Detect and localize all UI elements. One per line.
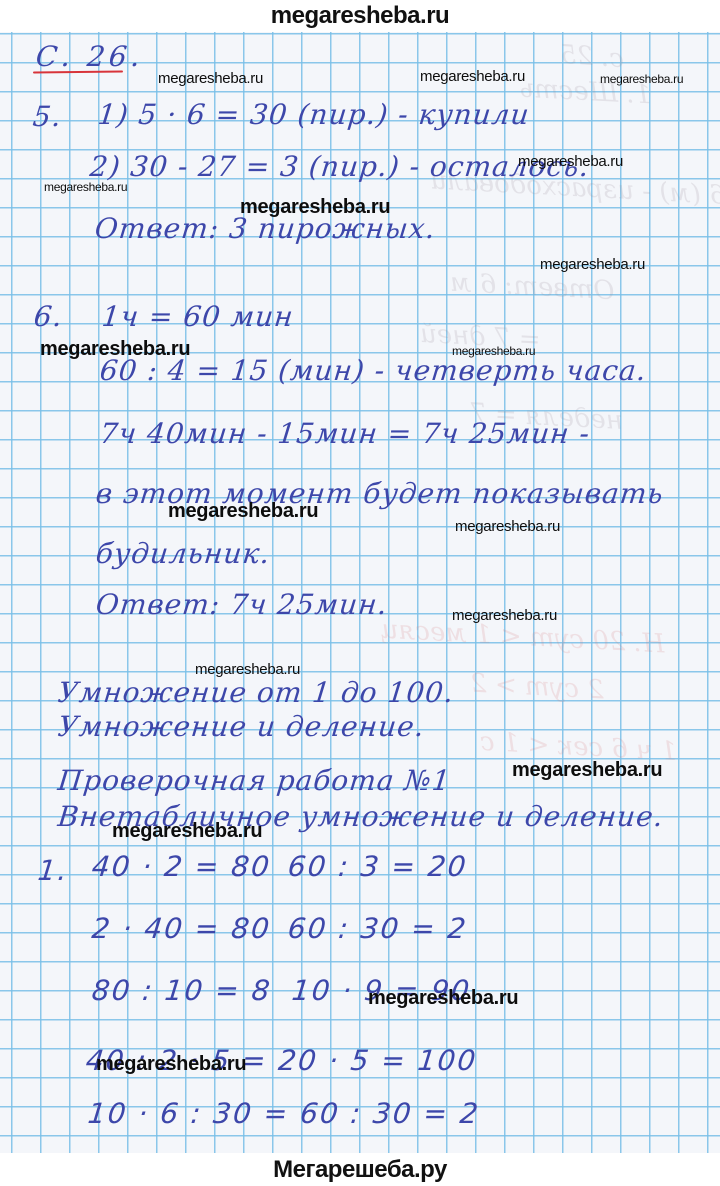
watermark: megaresheba.ru [540,256,645,273]
task1-row2-left: 2 · 40 = 80 [90,912,273,945]
test-title: Проверочная работа №1 [56,764,452,797]
bleed-through-text: Ответ: 6 м [449,268,615,307]
task1-number: 1. [36,854,70,887]
watermark: megaresheba.ru [96,1053,246,1076]
watermark: megaresheba.ru [600,72,683,86]
task6-answer: Ответ: 7ч 25мин. [94,588,389,621]
watermark: megaresheba.ru [455,518,560,535]
watermark: megaresheba.ru [44,180,127,194]
site-footer: Мегарешеба.ру [0,1153,720,1186]
watermark: megaresheba.ru [518,153,623,170]
task5-number: 5. [31,100,63,133]
bleed-through-text: с. 25 [559,40,625,74]
task5-step2: 2) 30 - 27 = 3 (пир.) - осталось. [88,150,591,183]
task1-row2-right: 60 : 30 = 2 [286,912,469,945]
watermark: megaresheba.ru [420,68,525,85]
task1-row3-left: 80 : 10 = 8 [90,974,273,1007]
watermark: megaresheba.ru [240,196,390,219]
watermark: megaresheba.ru [368,987,518,1010]
task1-expr2: 10 · 6 : 30 = 60 : 30 = 2 [86,1097,481,1130]
task1-row1-left: 40 · 2 = 80 [90,850,273,883]
task6-line5: будильник. [94,537,272,570]
section-title-1: Умножение от 1 до 100. [56,676,455,709]
watermark: megaresheba.ru [40,338,190,361]
page-label: С. 26. [34,40,145,73]
site-header: megaresheba.ru [0,0,720,32]
task1-row1-right: 60 : 3 = 20 [286,850,469,883]
task6-line1: 1ч = 60 мин [100,300,295,333]
watermark: megaresheba.ru [112,820,262,843]
task5-step1: 1) 5 · 6 = 30 (пир.) - купили [96,98,531,131]
watermark: megaresheba.ru [512,759,662,782]
watermark: megaresheba.ru [452,344,535,358]
watermark: megaresheba.ru [158,70,263,87]
watermark: megaresheba.ru [168,500,318,523]
task6-line3: 7ч 40мин - 15мин = 7ч 25мин - [98,417,592,450]
task6-number: 6. [32,300,64,333]
notebook-page: с. 25 1. Шесть 2. 18 : 3 = 6 (м) - израс… [0,32,720,1153]
section-title-2: Умножение и деление. [56,710,426,743]
watermark: megaresheba.ru [195,661,300,678]
watermark: megaresheba.ru [452,607,557,624]
red-underline [33,71,123,74]
bleed-through-text: 2 сут > 2 [469,669,604,706]
